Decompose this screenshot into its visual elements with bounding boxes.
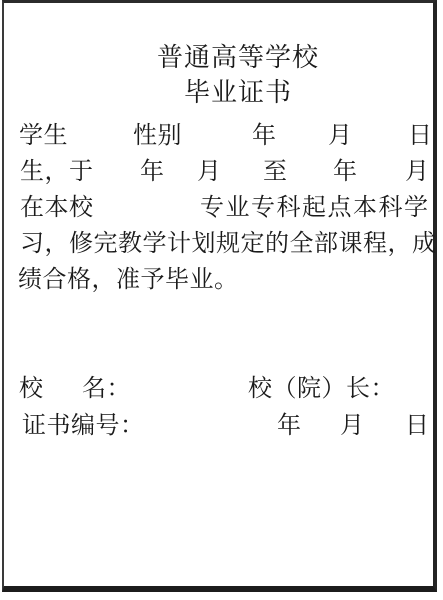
birth-day-label: 日	[408, 121, 433, 151]
certificate-page: 普通高等学校 毕业证书 学生 性别 年 月 日 生，于 年 月 至 年 月 在本…	[0, 0, 443, 600]
footer-line-2: 证书编号： 年 月 日	[0, 411, 443, 441]
school-name-label-rest: 名：	[82, 374, 131, 404]
body-line-1: 学生 性别 年 月 日	[0, 121, 443, 151]
title-diploma: 毕业证书	[184, 77, 292, 107]
sign-month-label: 月	[340, 411, 365, 441]
certificate-title-line2: 毕业证书	[0, 47, 443, 77]
cert-no-label: 证书编号：	[22, 411, 145, 441]
sign-day-label: 日	[405, 411, 430, 441]
body-line-3: 在本校 专业专科起点本科学	[0, 193, 443, 223]
body-line-2: 生，于 年 月 至 年 月	[0, 157, 443, 187]
from-year-label: 年	[140, 157, 165, 187]
to-text: 至	[263, 157, 288, 187]
gender-label: 性别	[133, 121, 182, 151]
in-school-text: 在本校	[20, 193, 94, 223]
birth-year-label: 年	[252, 121, 277, 151]
footer-line-1: 校 名： 校（院）长：	[0, 374, 443, 404]
to-year-label: 年	[333, 157, 358, 187]
school-name-label-char: 校	[19, 374, 44, 404]
sign-year-label: 年	[277, 411, 302, 441]
birth-month-label: 月	[328, 121, 353, 151]
body-line-5: 绩合格，准予毕业。	[0, 265, 443, 295]
from-month-label: 月	[197, 157, 222, 187]
graduation-granted-text: 绩合格，准予毕业。	[18, 265, 239, 295]
born-on-text: 生，于	[20, 157, 94, 187]
certificate-title-line1: 普通高等学校	[0, 12, 443, 42]
to-month-label: 月	[405, 157, 430, 187]
president-label: 校（院）长：	[248, 374, 395, 404]
program-text: 专业专科起点本科学	[200, 193, 430, 223]
completion-text: 习，修完教学计划规定的全部课程，成	[20, 229, 437, 259]
body-line-4: 习，修完教学计划规定的全部课程，成	[0, 229, 443, 259]
student-label: 学生	[19, 121, 68, 151]
